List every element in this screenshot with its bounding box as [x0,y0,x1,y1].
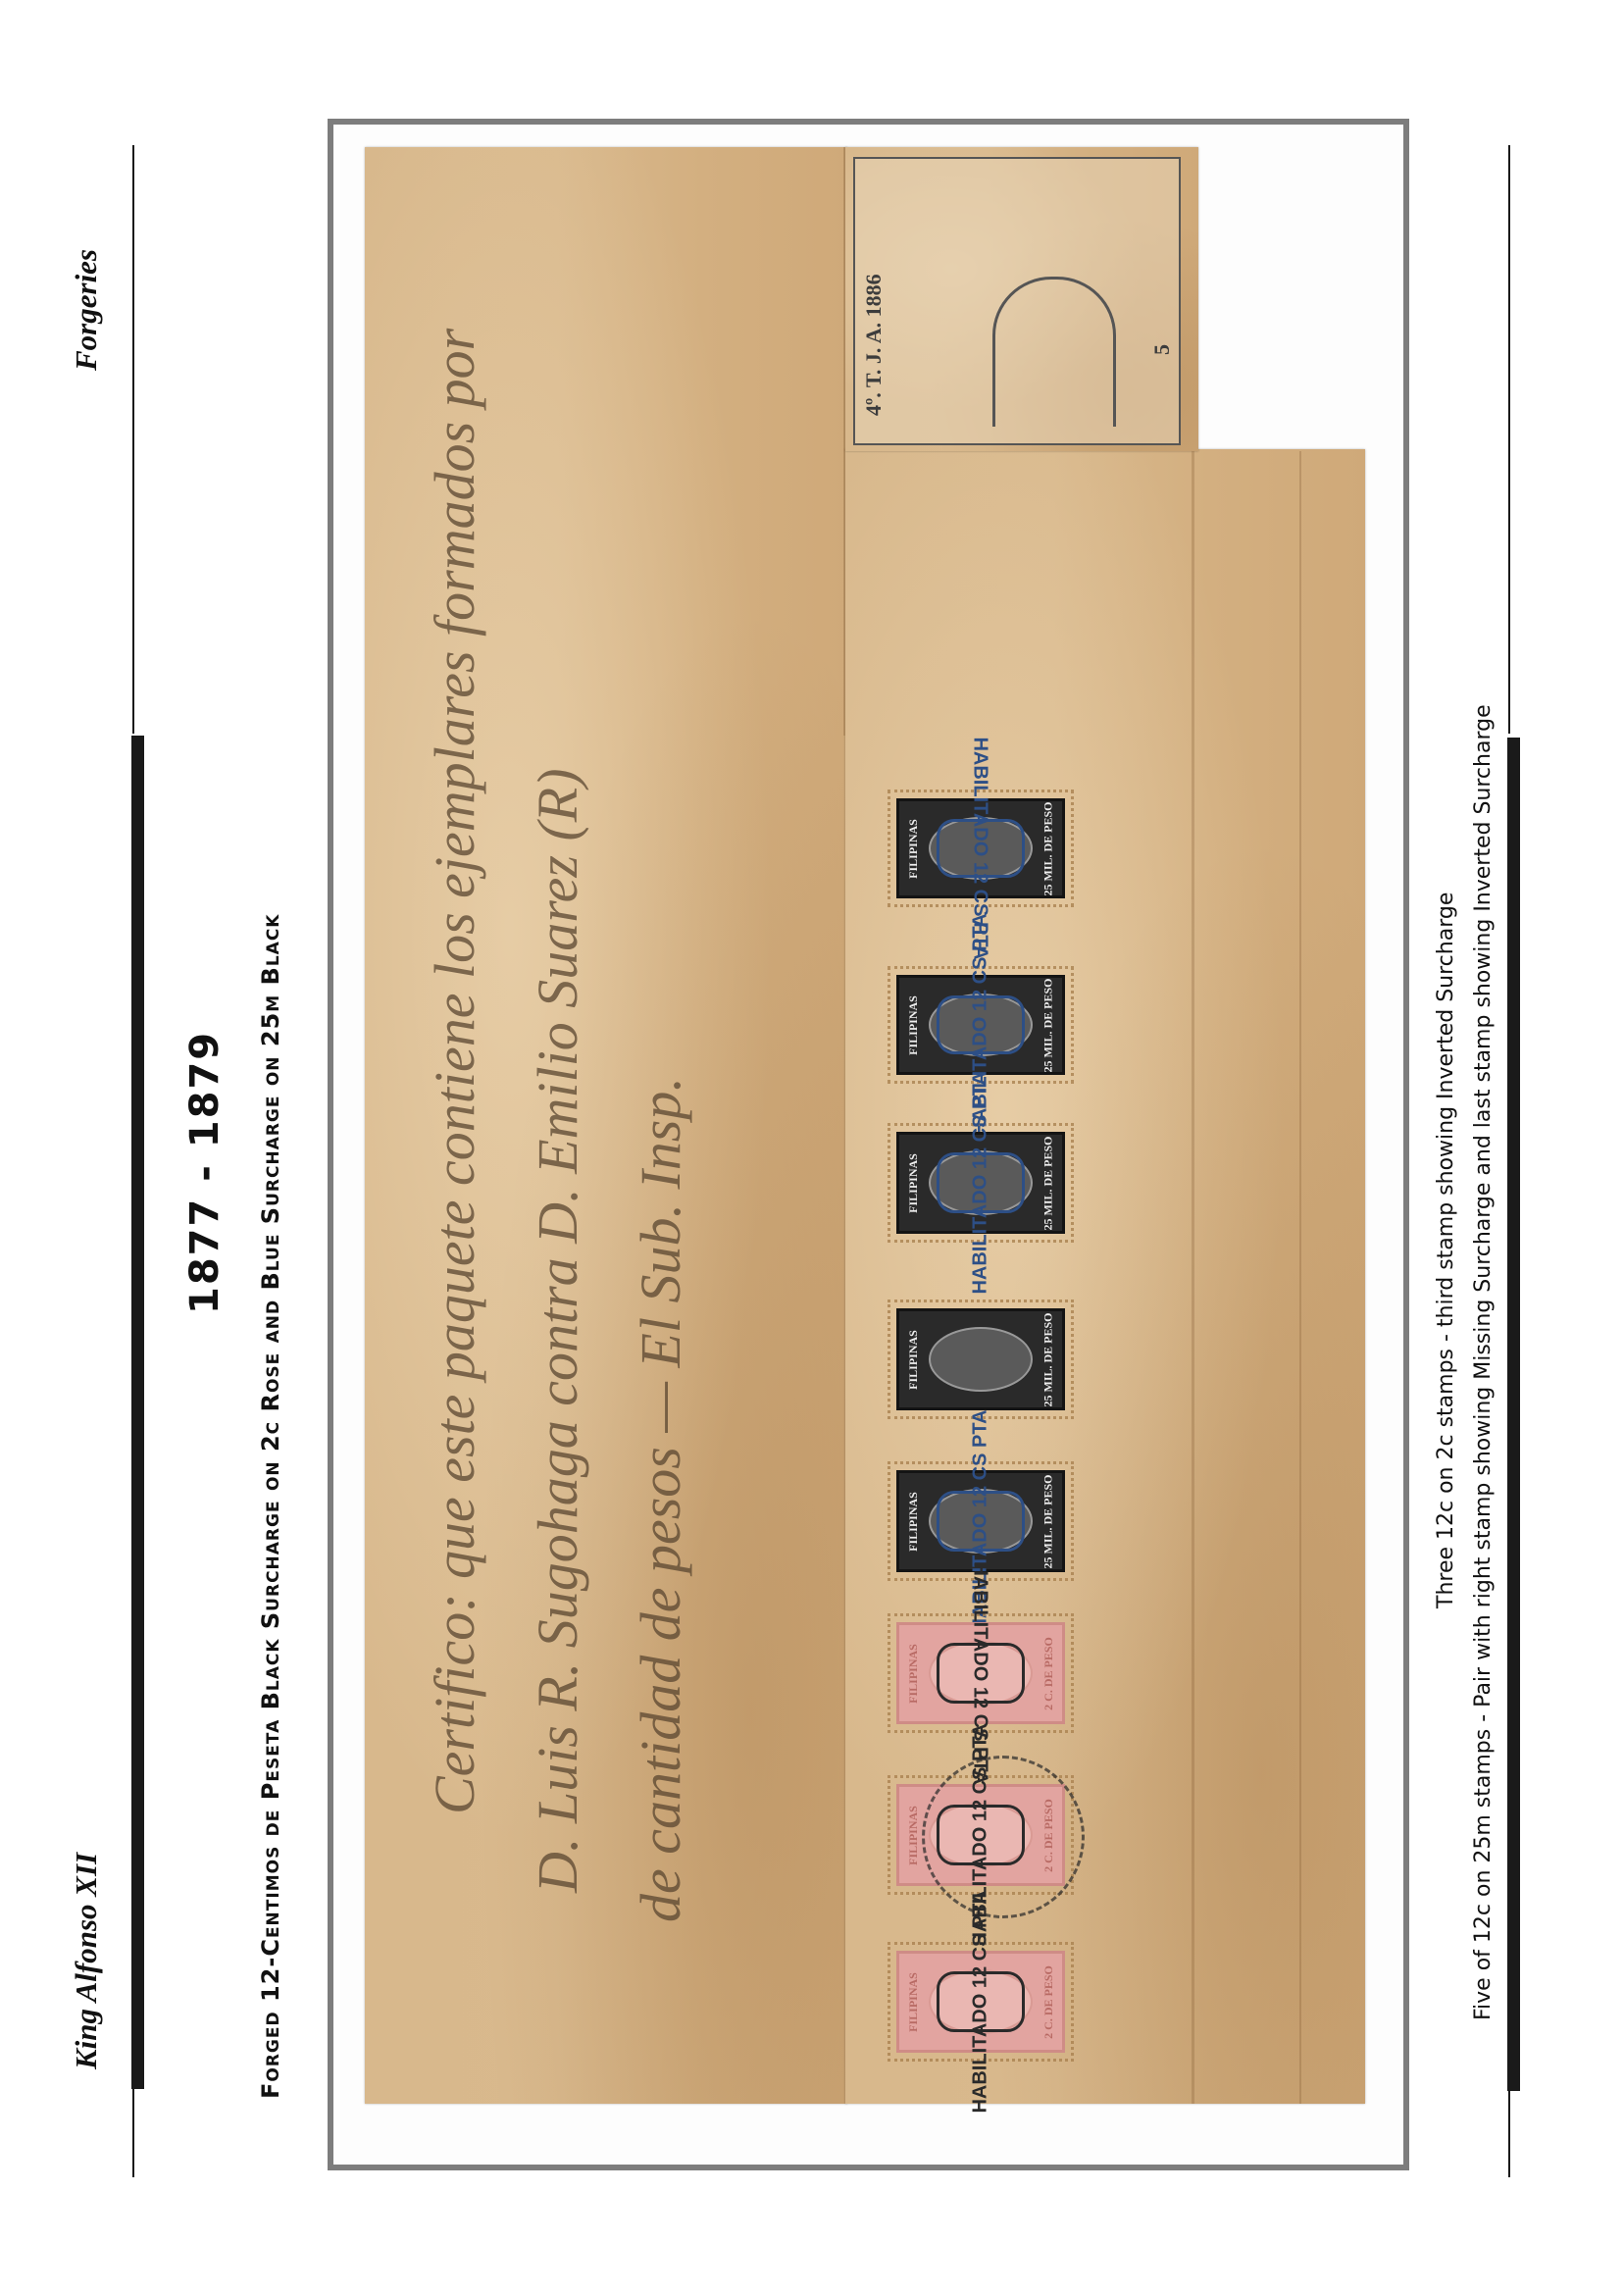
section-label-king-alfonso: King Alfonso XII [69,1853,104,2069]
manuscript-line: D. Luis R. Sugohaga contra D. Emilio Sua… [525,768,590,1893]
header-rule-thick [131,736,144,2089]
caption-line-1: Three 12c on 2c stamps - third stamp sho… [1434,892,1458,1608]
caption-line-2: Five of 12c on 25m stamps - Pair with ri… [1471,704,1496,2020]
fiscal-year-text: 4º. T. J. A. 1886 [861,274,887,416]
stamp-25m-black: FILIPINAS HABILITADO 12 CS PTA 25 MIL. D… [888,1123,1074,1243]
fiscal-value-text: 5 M. DE PES [1149,316,1181,355]
paper-fold [843,147,845,736]
manuscript-line: Certifico: que este paquete contiene los… [422,329,487,1814]
postmark-cancel [922,1756,1085,1918]
paper-fold [1299,451,1301,2104]
stamp-25m-black-inverted-surcharge: FILIPINAS HABILITADO 12 CS PTA 25 MIL. D… [888,790,1074,907]
subtitle-text: Forged 12-Centimos de Peseta Black Surch… [257,914,284,2099]
stamp-2c-rose-inverted-surcharge: FILIPINAS HABILITADO 12 CS PTA 2 C. DE P… [888,1613,1074,1733]
footer-rule-top [1508,145,1510,734]
fiscal-revenue-stamp: 4º. T. J. A. 1886 5 M. DE PES [853,157,1181,445]
footer-rule-thick [1507,738,1520,2091]
paper-fold [1192,451,1194,2104]
stamp-25m-black-missing-surcharge: FILIPINAS 25 MIL. DE PESO [888,1300,1074,1419]
stamp-25m-black: FILIPINAS HABILITADO 12 CS PTA 25 MIL. D… [888,966,1074,1084]
section-label-forgeries: Forgeries [69,249,104,371]
footer-rule-bottom [1508,2089,1510,2177]
stamp-2c-rose: FILIPINAS HABILITADO 12 CS PTA 2 C. DE P… [888,1942,1074,2062]
header-rule-top [132,145,134,734]
header-rule-bottom [132,2089,134,2177]
manuscript-line: de cantidad de pesos — El Sub. Insp. [628,1077,693,1922]
fiscal-arch-graphic [992,277,1116,427]
page-subtitle: Forged 12-Centimos de Peseta Black Surch… [257,914,284,2099]
page-title-years: 1877 - 1879 [182,1031,228,1314]
